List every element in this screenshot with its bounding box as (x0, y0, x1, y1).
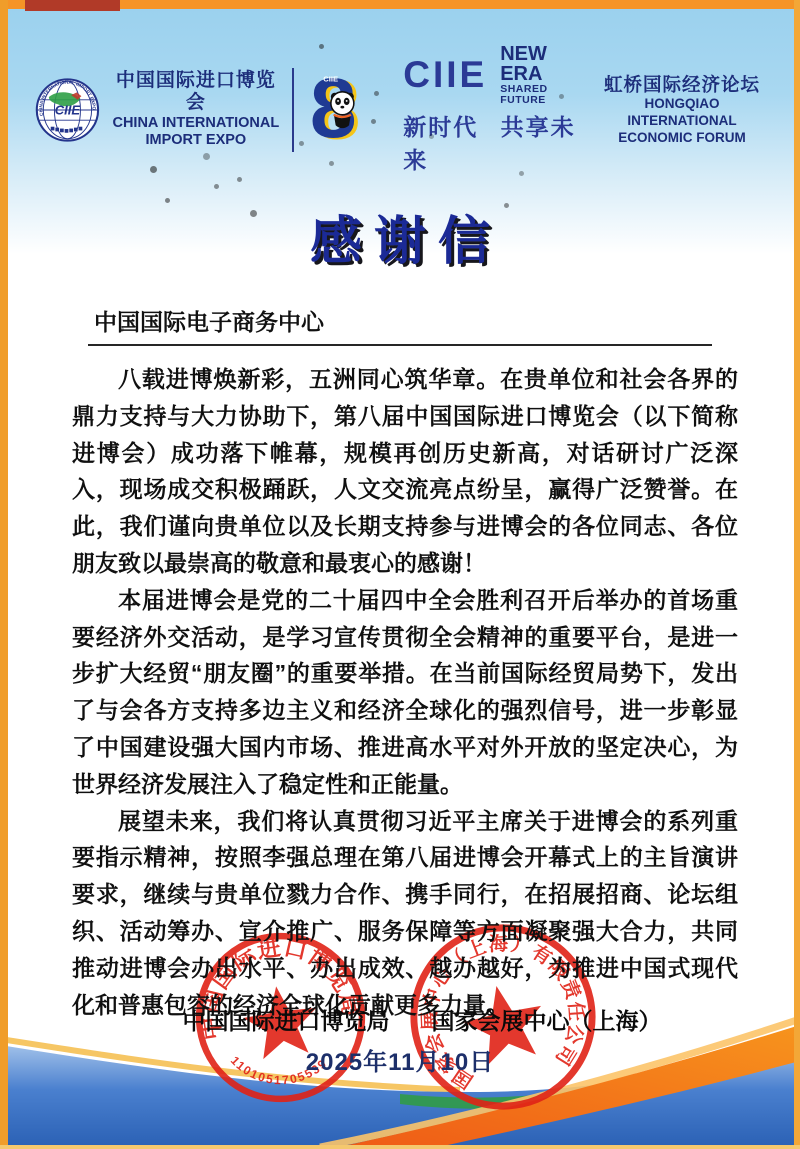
ciie-globe-logo-icon: CHINA INTERNATIONAL IMPORT EXPO CIIE (34, 75, 101, 145)
header-divider (292, 68, 294, 152)
forum-title-en-line1: HONGQIAO INTERNATIONAL (592, 96, 772, 130)
paragraph-1: 八载进博焕新彩，五洲同心筑华章。在贵单位和社会各界的鼎力支持与大力协助下，第八届… (72, 361, 738, 582)
frame-top (0, 0, 800, 9)
letterhead: CHINA INTERNATIONAL IMPORT EXPO CIIE 中国国… (0, 0, 800, 175)
svg-text:CIIE: CIIE (323, 74, 338, 83)
letter-body: 八载进博焕新彩，五洲同心筑华章。在贵单位和社会各界的鼎力支持与大力协助下，第八届… (72, 361, 738, 1023)
frame-left (0, 0, 8, 1149)
signature-bureau: 中国国际进口博览局 (183, 1003, 390, 1036)
expo-logo-block: CHINA INTERNATIONAL IMPORT EXPO CIIE 中国国… (34, 70, 282, 149)
ciie-brand-block: CIIE NEW ERA SHARED FUTURE 新时代 共享未来 (403, 44, 592, 175)
hongqiao-forum-block: 虹桥国际经济论坛 HONGQIAO INTERNATIONAL ECONOMIC… (592, 73, 772, 147)
addressee-line: 中国国际电子商务中心 (88, 304, 712, 346)
forum-title-cn: 虹桥国际经济论坛 (592, 73, 772, 96)
letter-date: 2025年11月10日 (0, 1042, 800, 1077)
expo-title-en-line1: CHINA INTERNATIONAL (110, 115, 282, 132)
svg-text:CIIE: CIIE (55, 102, 81, 117)
new-era-text: NEW ERA (500, 44, 592, 84)
new-era-block: NEW ERA SHARED FUTURE (500, 44, 592, 105)
shared-future-text: SHARED FUTURE (500, 84, 592, 105)
forum-title-en-line2: ECONOMIC FORUM (592, 130, 772, 147)
paragraph-2: 本届进博会是党的二十届四中全会胜利召开后举办的首场重要经济外交活动，是学习宣传贯… (72, 582, 738, 803)
slogan-cn: 新时代 共享未来 (403, 109, 592, 175)
expo-title-en-line2: IMPORT EXPO (110, 132, 282, 149)
expo-title-block: 中国国际进口博览会 CHINA INTERNATIONAL IMPORT EXP… (110, 70, 282, 149)
ciie-wordmark: CIIE (403, 56, 487, 93)
letter-title: 感谢信 (0, 199, 800, 274)
paragraph-3: 展望未来，我们将认真贯彻习近平主席关于进博会的系列重要指示精神，按照李强总理在第… (72, 803, 738, 1024)
frame-bottom (0, 1145, 800, 1149)
signature-necc: 国家会展中心（上海） (432, 1003, 662, 1036)
frame-right (794, 0, 800, 1149)
expo-title-cn: 中国国际进口博览会 (110, 70, 282, 115)
eighth-ciie-mascot-logo-icon: 8 8 CIIE (306, 58, 362, 162)
thank-you-letter-page: CHINA INTERNATIONAL IMPORT EXPO CIIE 中国国… (0, 0, 800, 1149)
frame-top-red-accent (25, 0, 120, 11)
signature-row: 中国国际进口博览局 国家会展中心（上海） (22, 1003, 800, 1036)
